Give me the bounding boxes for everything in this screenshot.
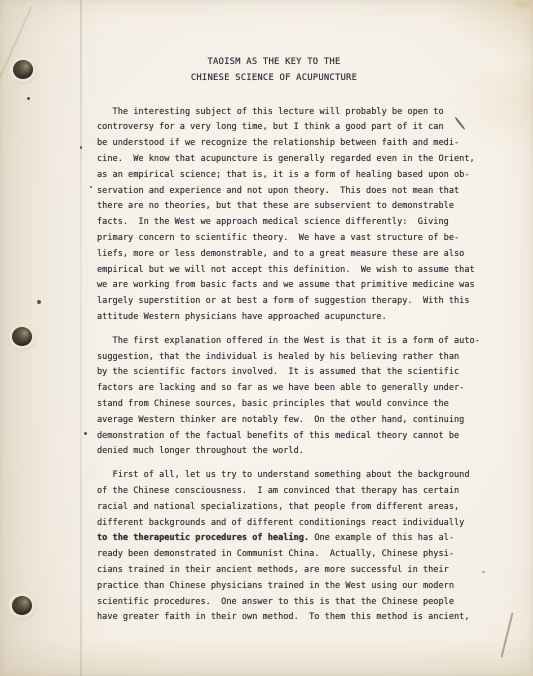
text-line: attitude Western physicians have approac… [97, 310, 493, 326]
text-line: suggestion, that the individual is heale… [97, 350, 493, 366]
text-line: by the scientific factors involved. It i… [97, 365, 493, 381]
text-line: of the Chinese consciousness. I am convi… [97, 484, 493, 500]
text-line: different backgrounds and of different c… [97, 516, 493, 532]
text-line: factors are lacking and so far as we hav… [97, 381, 493, 397]
text-line: denied much longer throughout the world. [97, 444, 493, 460]
text-line: ready been demonstrated in Communist Chi… [97, 547, 493, 563]
text-line: racial and national specializations, tha… [97, 500, 493, 516]
text-line: to the therapeutic procedures of healing… [97, 531, 493, 547]
paper-speck [27, 97, 30, 100]
paper-speck [482, 571, 485, 573]
paper-speck [84, 432, 87, 435]
text-line: largely superstition or at best a form o… [97, 294, 493, 310]
text-line: cians trained in their ancient methods, … [97, 563, 493, 579]
text-line: servation and experience and not upon th… [97, 184, 493, 200]
binder-fastener-top [13, 60, 33, 79]
document-content: TAOISM AS THE KEY TO THE CHINESE SCIENCE… [97, 55, 493, 626]
text-line: empirical but we will not accept this de… [97, 263, 493, 279]
text-line: liefs, more or less demonstrable, and to… [97, 247, 493, 263]
bold-typed-phrase: to the therapeutic procedures of healing… [97, 533, 309, 543]
text-line: facts. In the West we approach medical s… [97, 215, 493, 231]
scanned-document-page: TAOISM AS THE KEY TO THE CHINESE SCIENCE… [0, 0, 533, 676]
paper-speck [90, 186, 92, 188]
text-line: be understood if we recognize the relati… [97, 136, 493, 152]
binder-fastener-middle [12, 327, 32, 346]
text-line: stand from Chinese sources, basic princi… [97, 397, 493, 413]
paper-stain-top-right [463, 0, 533, 46]
text-line: The first explanation offered in the Wes… [97, 334, 493, 350]
paper-speck [37, 300, 41, 304]
text-line: we are working from basic facts and we a… [97, 278, 493, 294]
paragraph: First of all, let us try to understand s… [97, 468, 493, 626]
paper-speck [80, 146, 82, 149]
text-line: controversy for a very long time, but I … [97, 120, 493, 136]
paper-crease-left [80, 0, 82, 676]
paragraph: The first explanation offered in the Wes… [97, 334, 493, 460]
title-line-2: CHINESE SCIENCE OF ACUPUNCTURE [97, 71, 451, 87]
scratch-mark-bottom-right [500, 612, 513, 657]
title-line-1: TAOISM AS THE KEY TO THE [97, 55, 451, 71]
text-line: primary concern to scientific theory. We… [97, 231, 493, 247]
text-line: First of all, let us try to understand s… [97, 468, 493, 484]
text-line: average Western thinker are notably few.… [97, 413, 493, 429]
document-title: TAOISM AS THE KEY TO THE CHINESE SCIENCE… [97, 55, 451, 87]
text-line: have greater faith in their own method. … [97, 610, 493, 626]
text-line: as an empirical science; that is, it is … [97, 168, 493, 184]
text-line: The interesting subject of this lecture … [97, 105, 493, 121]
paragraph: The interesting subject of this lecture … [97, 105, 493, 326]
text-line: there are no theories, but that these ar… [97, 199, 493, 215]
text-line: scientific procedures. One answer to thi… [97, 595, 493, 611]
text-line: cine. We know that acupuncture is genera… [97, 152, 493, 168]
binder-fastener-bottom [12, 596, 32, 615]
document-body: The interesting subject of this lecture … [97, 105, 493, 627]
text-line: demonstration of the factual benefits of… [97, 429, 493, 445]
text-line: practice than Chinese physicians trained… [97, 579, 493, 595]
